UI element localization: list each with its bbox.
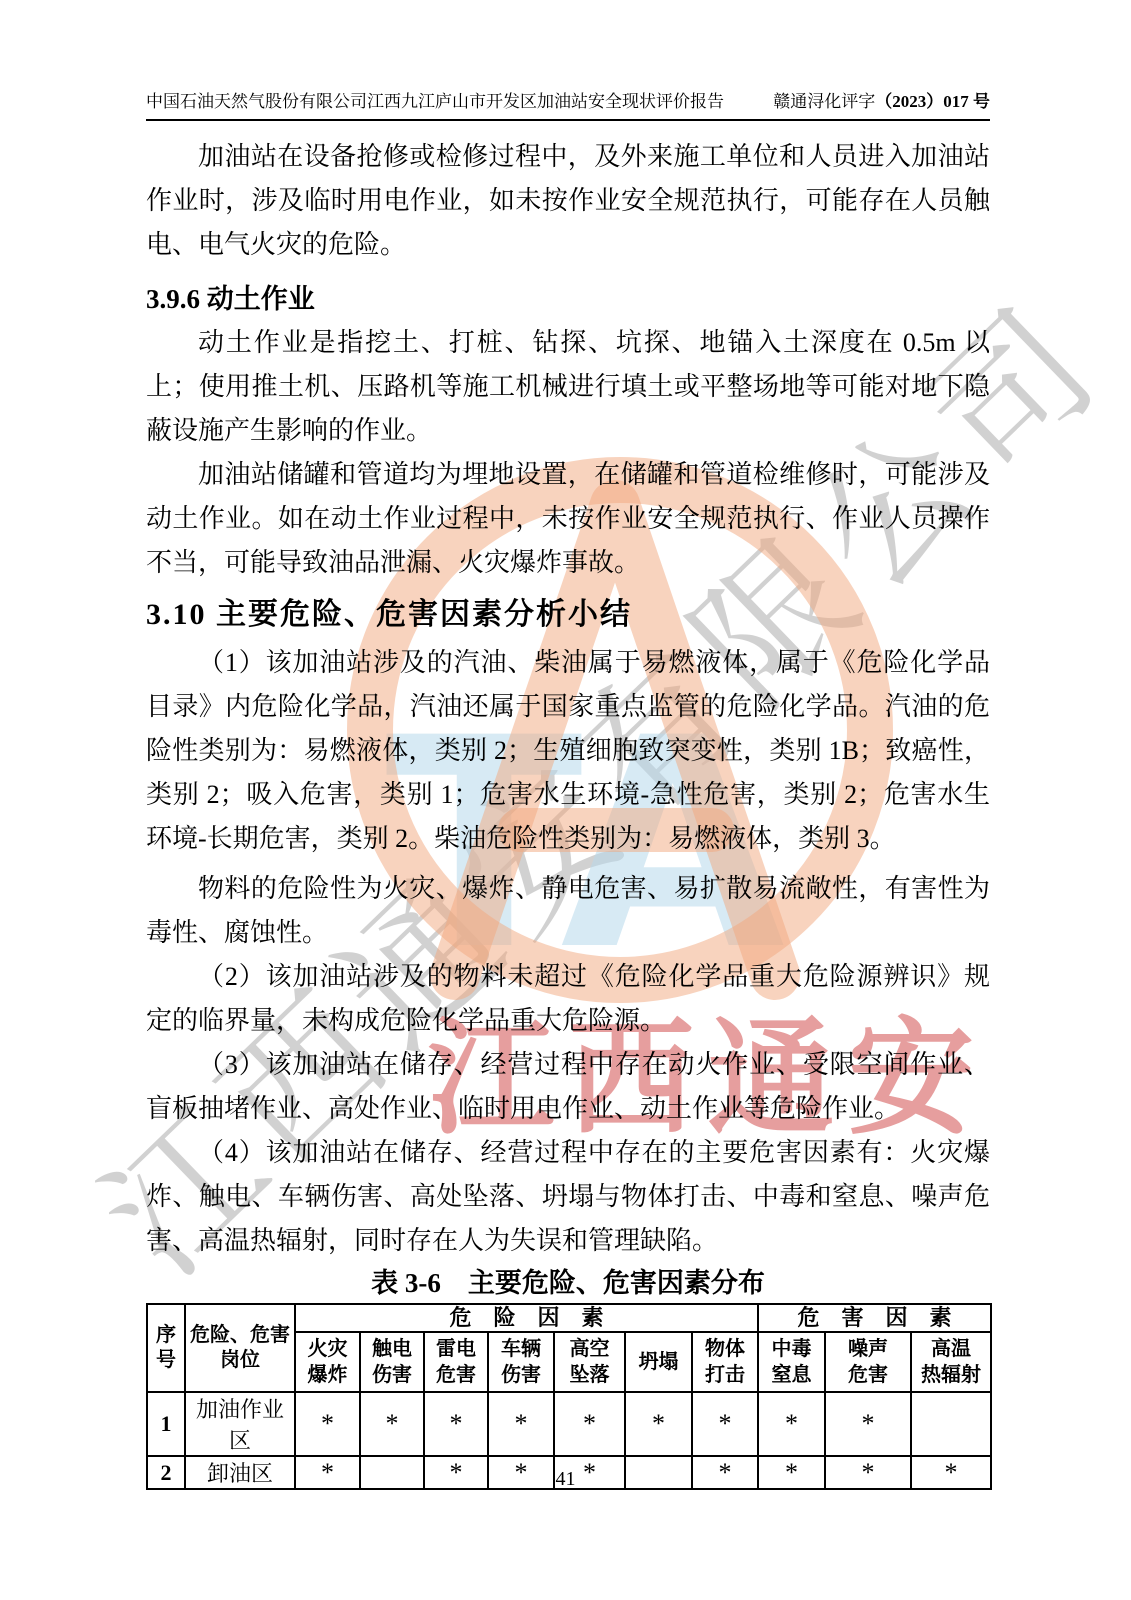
col-header-object-strike: 物体 打击 (692, 1332, 758, 1392)
col-header-vehicle-injury: 车辆 伤害 (488, 1332, 554, 1392)
col-header-heat-radiation: 高温 热辐射 (911, 1332, 991, 1392)
header-doc-code-number: （2023）017 号 (875, 92, 990, 111)
mark-cell: * (825, 1392, 911, 1456)
paragraph-summary-item-4: （4）该加油站在储存、经营过程中存在的主要危害因素有：火灾爆炸、触电、车辆伤害、… (146, 1131, 990, 1263)
col-group-harm-factors: 危 害 因 素 (758, 1304, 991, 1332)
hazard-distribution-table: 序 号 危险、危害 岗位 危 险 因 素 危 害 因 素 火灾 爆炸 触电 伤害… (146, 1303, 992, 1490)
mark-cell: * (625, 1392, 692, 1456)
mark-cell: * (488, 1392, 554, 1456)
col-header-lightning: 雷电 危害 (424, 1332, 488, 1392)
paragraph-digging-risk: 加油站储罐和管道均为埋地设置，在储罐和管道检维修时，可能涉及动土作业。如在动土作… (146, 453, 990, 585)
paragraph-digging-definition: 动土作业是指挖土、打桩、钻探、坑探、地锚入土深度在 0.5m 以上；使用推土机、… (146, 321, 990, 453)
paragraph-summary-item-1b: 物料的危险性为火灾、爆炸、静电危害、易扩散易流敞性，有害性为毒性、腐蚀性。 (146, 867, 990, 955)
mark-cell: * (295, 1392, 360, 1456)
heading-3-9-6: 3.9.6 动土作业 (146, 277, 990, 321)
header-doc-code-prefix: 赣通浔化评字 (773, 92, 875, 111)
mark-cell: * (554, 1392, 625, 1456)
header-doc-code: 赣通浔化评字（2023）017 号 (773, 92, 990, 112)
paragraph-summary-item-2: （2）该加油站涉及的物料未超过《危险化学品重大危险源辨识》规定的临界量，未构成危… (146, 955, 990, 1043)
col-header-electric-shock: 触电 伤害 (360, 1332, 424, 1392)
col-header-noise: 噪声 危害 (825, 1332, 911, 1392)
mark-cell: * (692, 1392, 758, 1456)
report-page: 江西通安有限公司 TA 江西通安 中国石油天然气股份有限公司江西九江庐山市开发区… (0, 0, 1131, 1600)
paragraph-summary-item-1: （1）该加油站涉及的汽油、柴油属于易燃液体，属于《危险化学品目录》内危险化学品，… (146, 641, 990, 861)
col-header-fall-from-height: 高空 坠落 (554, 1332, 625, 1392)
col-group-danger-factors: 危 险 因 素 (295, 1304, 758, 1332)
page-content: 中国石油天然气股份有限公司江西九江庐山市开发区加油站安全现状评价报告 赣通浔化评… (146, 0, 990, 1490)
table-3-6-title: 表 3-6 主要危险、危害因素分布 (146, 1265, 990, 1301)
mark-cell: * (758, 1392, 825, 1456)
row-position: 加油作业区 (185, 1392, 295, 1456)
heading-3-10: 3.10 主要危险、危害因素分析小结 (146, 589, 990, 641)
paragraph-summary-item-3: （3）该加油站在储存、经营过程中存在动火作业、受限空间作业、盲板抽堵作业、高处作… (146, 1043, 990, 1131)
mark-cell: * (424, 1392, 488, 1456)
mark-cell (911, 1392, 991, 1456)
row-index: 1 (147, 1392, 185, 1456)
col-header-collapse: 坍塌 (625, 1332, 692, 1392)
page-header: 中国石油天然气股份有限公司江西九江庐山市开发区加油站安全现状评价报告 赣通浔化评… (146, 0, 990, 121)
header-report-title: 中国石油天然气股份有限公司江西九江庐山市开发区加油站安全现状评价报告 (146, 92, 724, 112)
col-header-fire-explosion: 火灾 爆炸 (295, 1332, 360, 1392)
table-row-refueling-area: 1 加油作业区 * * * * * * * * * (147, 1392, 991, 1456)
col-header-position: 危险、危害 岗位 (185, 1304, 295, 1392)
col-header-index: 序 号 (147, 1304, 185, 1392)
col-header-poisoning-suffocation: 中毒 窒息 (758, 1332, 825, 1392)
mark-cell: * (360, 1392, 424, 1456)
page-number: 41 (0, 1468, 1131, 1491)
paragraph-electric-risk: 加油站在设备抢修或检修过程中，及外来施工单位和人员进入加油站作业时，涉及临时用电… (146, 135, 990, 267)
